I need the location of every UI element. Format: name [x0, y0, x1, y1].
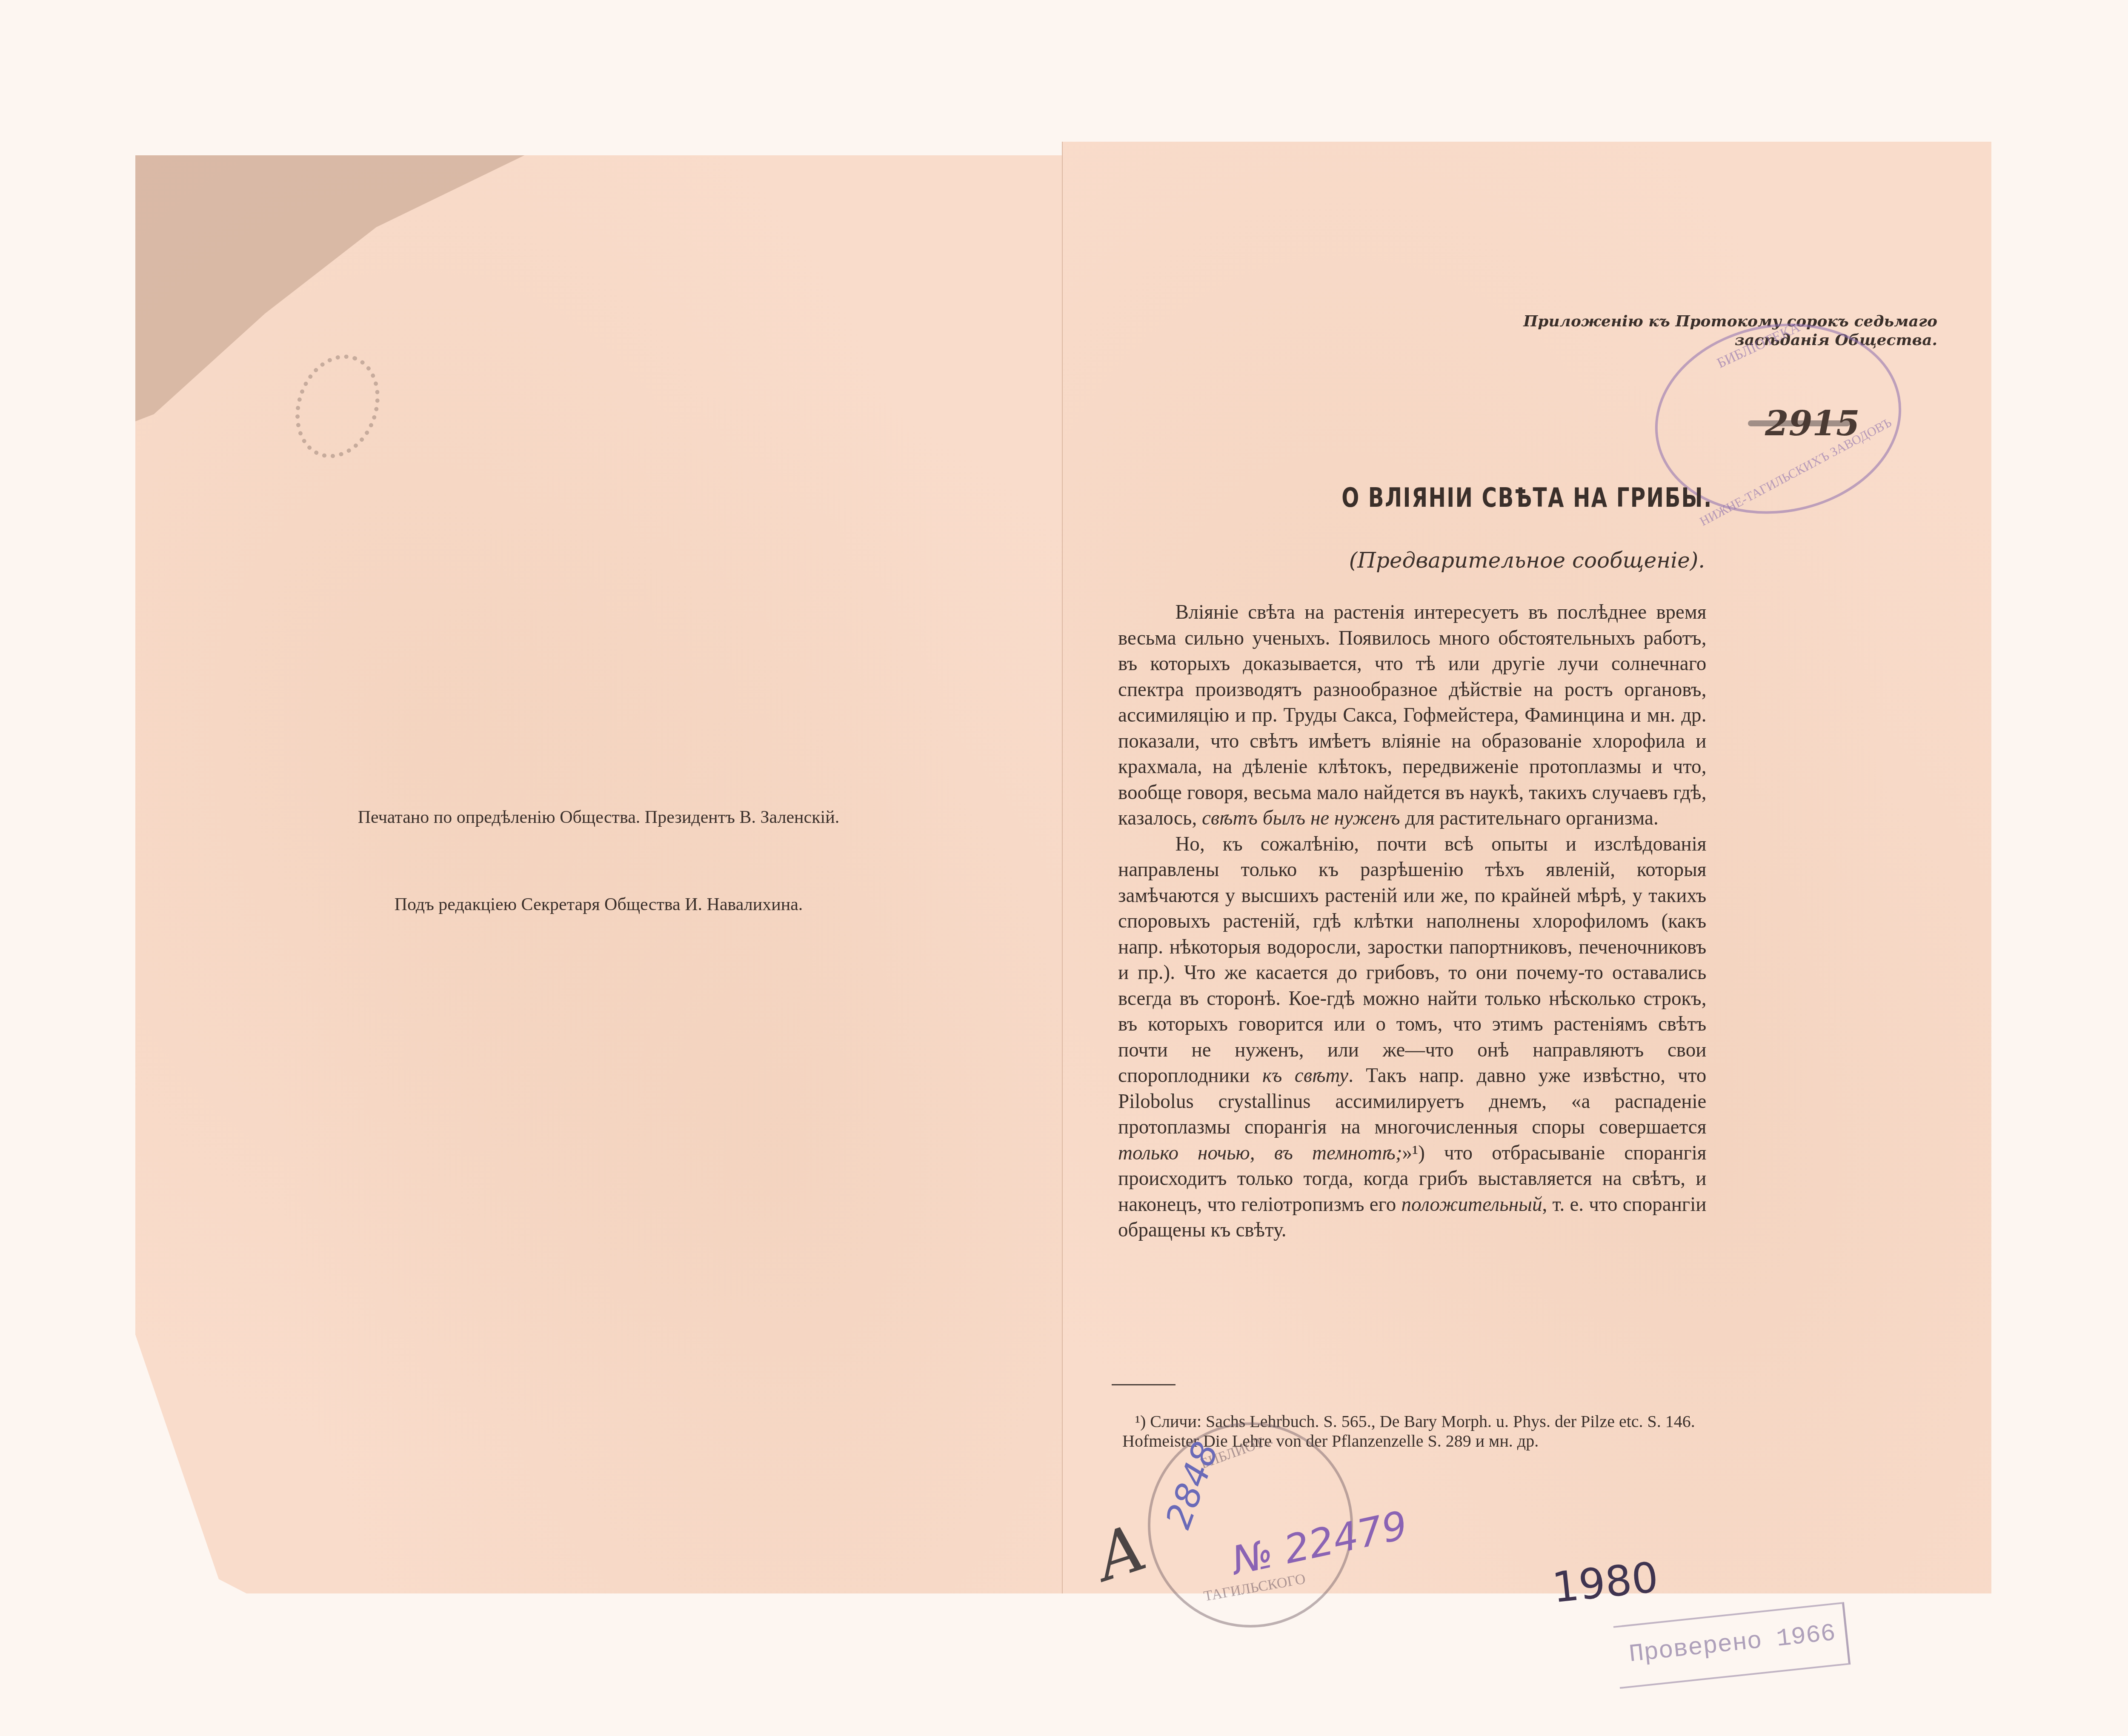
handwritten-letter: А — [1087, 1510, 1156, 1596]
ink-smudge — [281, 343, 394, 470]
paragraph-1: Вліяніе свѣта на растенія интересуетъ въ… — [1118, 599, 1706, 831]
water-stain — [135, 155, 1062, 1593]
article-subtitle: (Предварительное сообщеніе). — [1063, 548, 1991, 573]
paragraph-2: Но, къ сожалѣнію, почти всѣ опыты и изсл… — [1118, 831, 1706, 1243]
imprint-printed-by-order: Печатано по опредѣленію Общества. Презид… — [135, 807, 1062, 828]
right-page: Приложенію къ Протокому сорокъ седьмаго … — [1062, 142, 1991, 1593]
left-page: Печатано по опредѣленію Общества. Презид… — [135, 155, 1062, 1593]
checked-stamp: Проверено 1966 — [1613, 1602, 1851, 1689]
italic-segment: положительный — [1402, 1192, 1542, 1216]
text-segment: Вліяніе свѣта на растенія интересуетъ въ… — [1118, 600, 1706, 829]
imprint-editor: Подъ редакціею Секретаря Общества И. Нав… — [135, 894, 1062, 915]
text-segment: для растительнаго организма. — [1400, 806, 1659, 829]
article-body: Вліяніе свѣта на растенія интересуетъ въ… — [1118, 599, 1706, 1243]
italic-segment: къ свѣту — [1262, 1063, 1348, 1087]
italic-segment: только ночью, въ темнотѣ; — [1118, 1141, 1402, 1164]
checked-stamp-label: Проверено 1966 — [1628, 1620, 1837, 1669]
handwritten-year: 1980 — [1550, 1553, 1661, 1612]
italic-segment: свѣтъ былъ не нуженъ — [1202, 806, 1400, 829]
footnote-rule — [1112, 1384, 1176, 1385]
handwritten-shelf-number: 2915 — [1765, 403, 1860, 443]
article-title: О ВЛІЯНІИ СВѢТА НА ГРИБЫ. — [1165, 482, 1889, 513]
text-segment: Но, къ сожалѣнію, почти всѣ опыты и изсл… — [1118, 832, 1706, 1087]
